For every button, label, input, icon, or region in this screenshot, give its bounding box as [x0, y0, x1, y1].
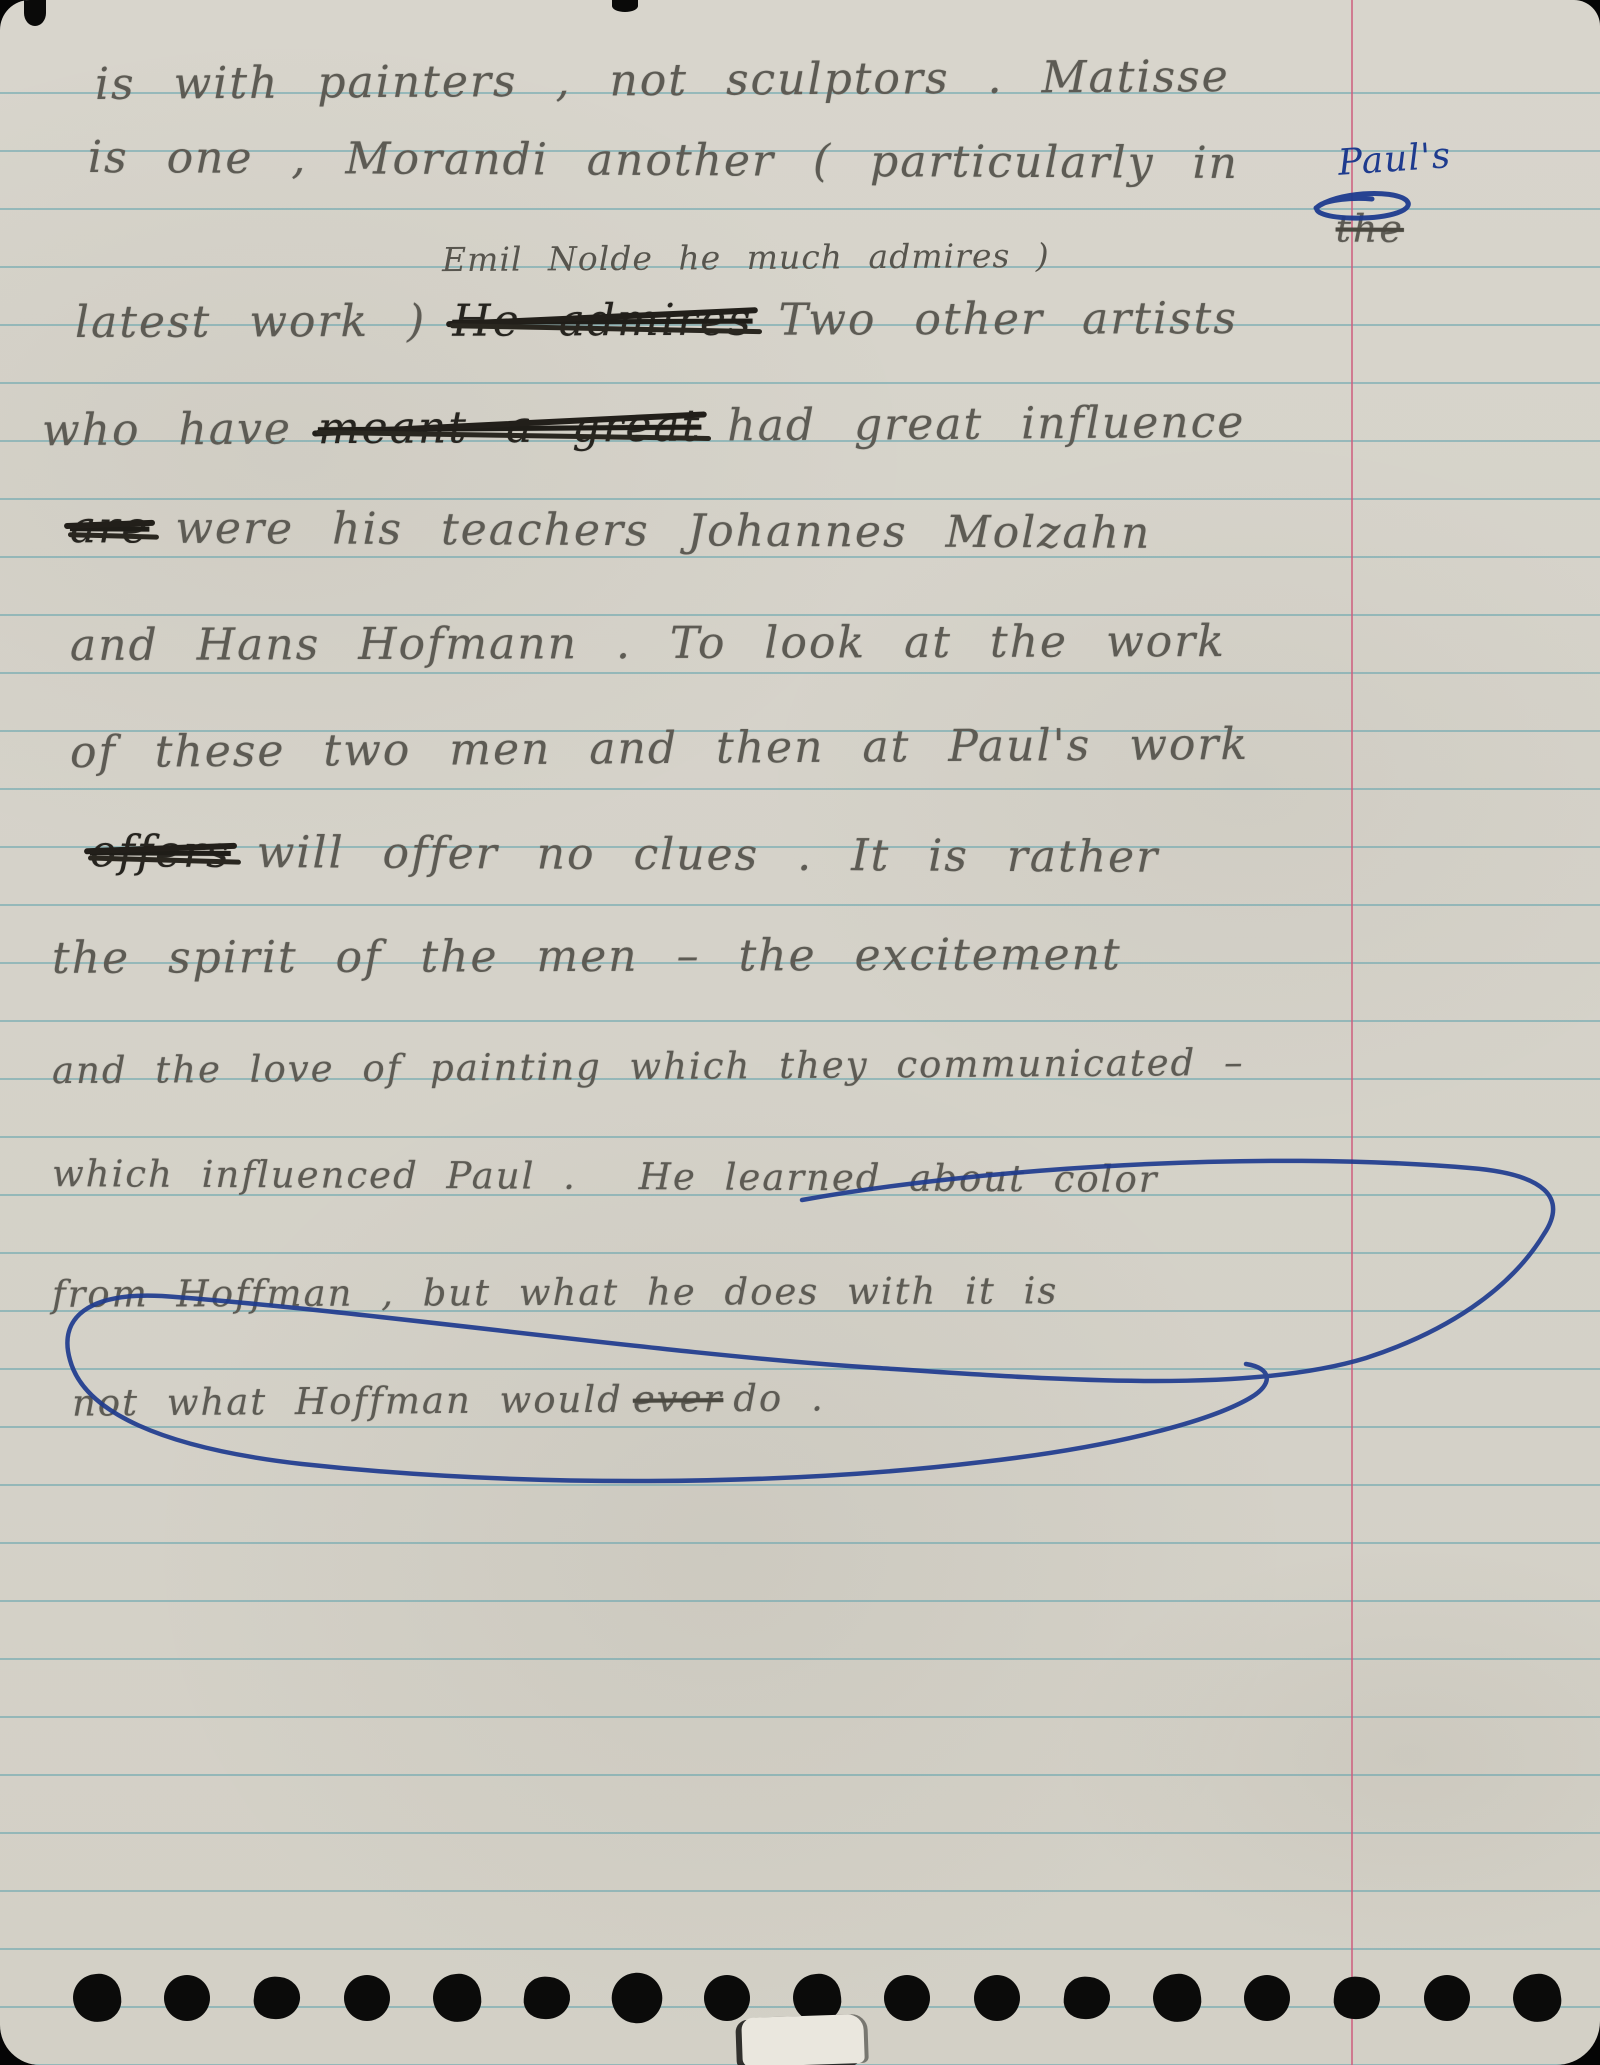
handwriting-line-1: is with painters , not sculptors . Matis… [95, 48, 1230, 114]
pencil-text-lassoed: not what Hoffman would [72, 1378, 623, 1425]
struck-word-the: the [1336, 200, 1405, 258]
handwriting-line-8: offerswill offer no clues . It is rather [90, 823, 1159, 887]
handwriting-line-6: and Hans Hofmann . To look at the work [70, 613, 1226, 675]
pencil-text: is one , Morandi another ( particularly … [88, 132, 1239, 189]
scanned-page-stage: is with painters , not sculptors . Matis… [0, 0, 1600, 2065]
blue-ink-text: Paul's [1337, 135, 1453, 184]
pencil-text: and the love of painting which they comm… [52, 1041, 1245, 1092]
binding-hole [70, 1971, 124, 2025]
struck-word-ever: ever [633, 1377, 724, 1421]
binding-hole [1150, 1971, 1204, 2025]
pencil-text: will offer no clues . It is rather [257, 827, 1160, 883]
blue-insertion-pauls: Paul's [1337, 136, 1453, 184]
scribbled-out-word: are [70, 499, 150, 557]
scan-artifact [612, 0, 638, 12]
pencil-text-lassoed: from Hoffman , but what he does with it … [52, 1269, 1059, 1316]
scan-artifact [24, 0, 46, 26]
handwriting-line-2: is one , Morandi another ( particularly … [88, 129, 1239, 193]
scribbled-out-word: meant a great [318, 398, 702, 459]
binding-hole [884, 1975, 930, 2021]
handwriting-line-12: from Hoffman , but what he does with it … [52, 1262, 1059, 1324]
handwriting-line-5: arewere his teachers Johannes Molzahn [70, 499, 1152, 563]
pencil-text: had great influence [727, 397, 1245, 452]
torn-notch [741, 2014, 865, 2065]
pencil-text: latest work ) [75, 296, 426, 348]
binding-hole [252, 1975, 303, 2022]
pencil-text: of these two men and then at Paul's work [70, 719, 1249, 778]
notebook-page: is with painters , not sculptors . Matis… [0, 0, 1600, 2065]
handwriting-line-13: not what Hoffman wouldeverdo . [72, 1369, 825, 1432]
handwriting-line-10: and the love of painting which they comm… [52, 1034, 1245, 1100]
binding-hole [1332, 1975, 1383, 2022]
binding-hole [164, 1975, 210, 2021]
handwriting-line-9: the spirit of the men – the excitement [52, 926, 1122, 988]
binding-hole [1244, 1975, 1290, 2021]
pencil-text: which influenced Paul . [52, 1152, 577, 1198]
binding-hole [1424, 1975, 1470, 2021]
pencil-text: were his teachers Johannes Molzahn [175, 503, 1151, 559]
handwriting-line-4: who havemeant a greathad great influence [42, 394, 1246, 460]
binding-hole [704, 1975, 750, 2021]
pencil-text: who have [42, 403, 292, 456]
pencil-text: is with painters , not sculptors . Matis… [95, 51, 1230, 110]
binding-hole [1510, 1971, 1564, 2025]
pencil-insertion-emil-nolde: Emil Nolde he much admires ) [442, 236, 1050, 280]
margin-line [1351, 0, 1353, 2065]
binding-hole [430, 1971, 484, 2025]
binding-hole [522, 1975, 573, 2022]
pencil-text-lassoed: He learned about color [639, 1155, 1159, 1201]
pencil-text: Emil Nolde he much admires ) [442, 236, 1050, 279]
handwriting-line-7: of these two men and then at Paul's work [70, 716, 1250, 782]
pencil-text: the spirit of the men – the excitement [52, 929, 1122, 984]
binding-hole [612, 1973, 663, 2024]
scribbled-out-word: offers [90, 823, 231, 882]
handwriting-line-11: which influenced Paul . He learned about… [52, 1145, 1159, 1209]
pencil-text-lassoed: do . [733, 1376, 825, 1420]
pencil-text: and Hans Hofmann . To look at the work [70, 616, 1226, 671]
pencil-text: Two other artists [778, 293, 1238, 346]
binding-hole [974, 1975, 1020, 2021]
scribbled-out-word: He admires [452, 292, 752, 351]
binding-hole [1062, 1975, 1113, 2022]
binding-hole [344, 1975, 390, 2021]
handwriting-line-3: latest work )He admiresTwo other artists [75, 290, 1238, 352]
